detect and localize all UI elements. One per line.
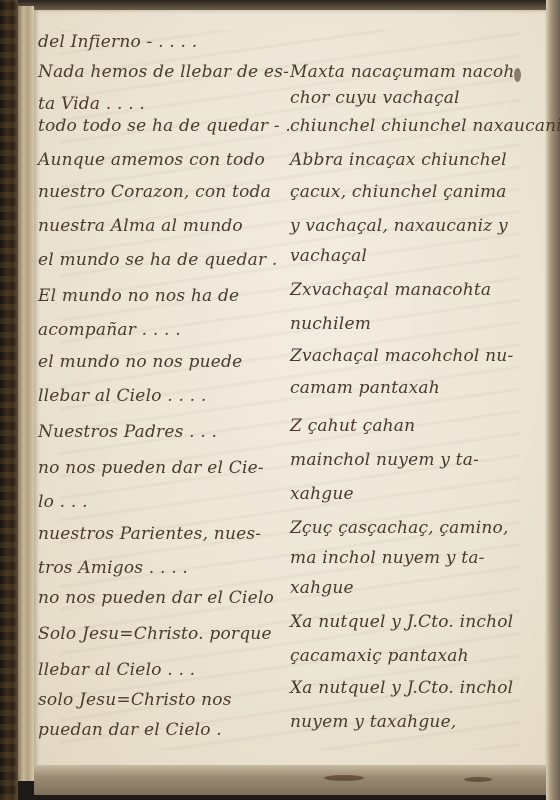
manuscript-line: çacamaxiç pantaxah	[290, 646, 469, 666]
manuscript-line: acompañar . . . .	[38, 320, 181, 340]
manuscript-line: Solo Jesu=Christo. porque	[38, 624, 272, 644]
manuscript-line: ma inchol nuyem y ta-	[290, 548, 485, 568]
manuscript-line: no nos pueden dar el Cie-	[38, 458, 264, 478]
manuscript-line: xahgue	[290, 484, 354, 504]
manuscript-line: lo . . .	[38, 492, 88, 512]
manuscript-line: Nada hemos de llebar de es-	[38, 62, 289, 82]
manuscript-line: puedan dar el Cielo .	[38, 720, 222, 740]
ink-stain	[514, 68, 521, 82]
manuscript-line: y vachaçal, naxaucaniz y	[290, 216, 508, 236]
manuscript-line: Z çahut çahan	[290, 416, 415, 436]
manuscript-line: nuchilem	[290, 314, 371, 334]
manuscript-line: çacux, chiunchel çanima	[290, 182, 507, 202]
manuscript-line: El mundo no nos ha de	[38, 286, 239, 306]
manuscript-line: el mundo se ha de quedar .	[38, 250, 278, 270]
manuscript-line: tros Amigos . . . .	[38, 558, 188, 578]
manuscript-line: Aunque amemos con todo	[38, 150, 265, 170]
manuscript-line: vachaçal	[290, 246, 367, 266]
manuscript-line: todo todo se ha de quedar - .	[38, 116, 291, 136]
manuscript-line: nuyem y taxahgue,	[290, 712, 456, 732]
page-bottom-edge	[34, 765, 546, 795]
manuscript-line: solo Jesu=Christo nos	[38, 690, 232, 710]
manuscript-line: Nuestros Padres . . .	[38, 422, 217, 442]
manuscript-line: nuestra Alma al mundo	[38, 216, 243, 236]
manuscript-line: nuestros Parientes, nues-	[38, 524, 261, 544]
manuscript-line: del Infierno - . . . .	[38, 32, 197, 52]
manuscript-line: chor cuyu vachaçal	[290, 88, 460, 108]
edge-stain	[324, 775, 364, 781]
manuscript-line: ta Vida . . . .	[38, 94, 145, 114]
manuscript-line: Xa nutquel y J.Cto. inchol	[290, 612, 513, 632]
manuscript-line: llebar al Cielo . . . .	[38, 386, 206, 406]
edge-stain	[464, 777, 492, 782]
page-top-edge	[18, 0, 548, 10]
manuscript-line: Maxta nacaçumam nacoh	[290, 62, 514, 82]
manuscript-line: llebar al Cielo . . .	[38, 660, 195, 680]
page-edge-left	[18, 6, 34, 781]
manuscript-line: chiunchel chiunchel naxaucaniz	[290, 116, 560, 136]
manuscript-line: xahgue	[290, 578, 354, 598]
manuscript-line: camam pantaxah	[290, 378, 440, 398]
manuscript-line: Xa nutquel y J.Cto. inchol	[290, 678, 513, 698]
manuscript-line: no nos pueden dar el Cielo	[38, 588, 274, 608]
manuscript-line: Zvachaçal macohchol nu-	[290, 346, 513, 366]
manuscript-line: nuestro Corazon, con toda	[38, 182, 271, 202]
manuscript-line: mainchol nuyem y ta-	[290, 450, 479, 470]
manuscript-line: Zçuç çasçachaç, çamino,	[290, 518, 509, 538]
manuscript-line: el mundo no nos puede	[38, 352, 242, 372]
book-binding-left	[0, 0, 18, 800]
manuscript-line: Zxvachaçal manacohta	[290, 280, 491, 300]
manuscript-line: Abbra incaçax chiunchel	[290, 150, 507, 170]
